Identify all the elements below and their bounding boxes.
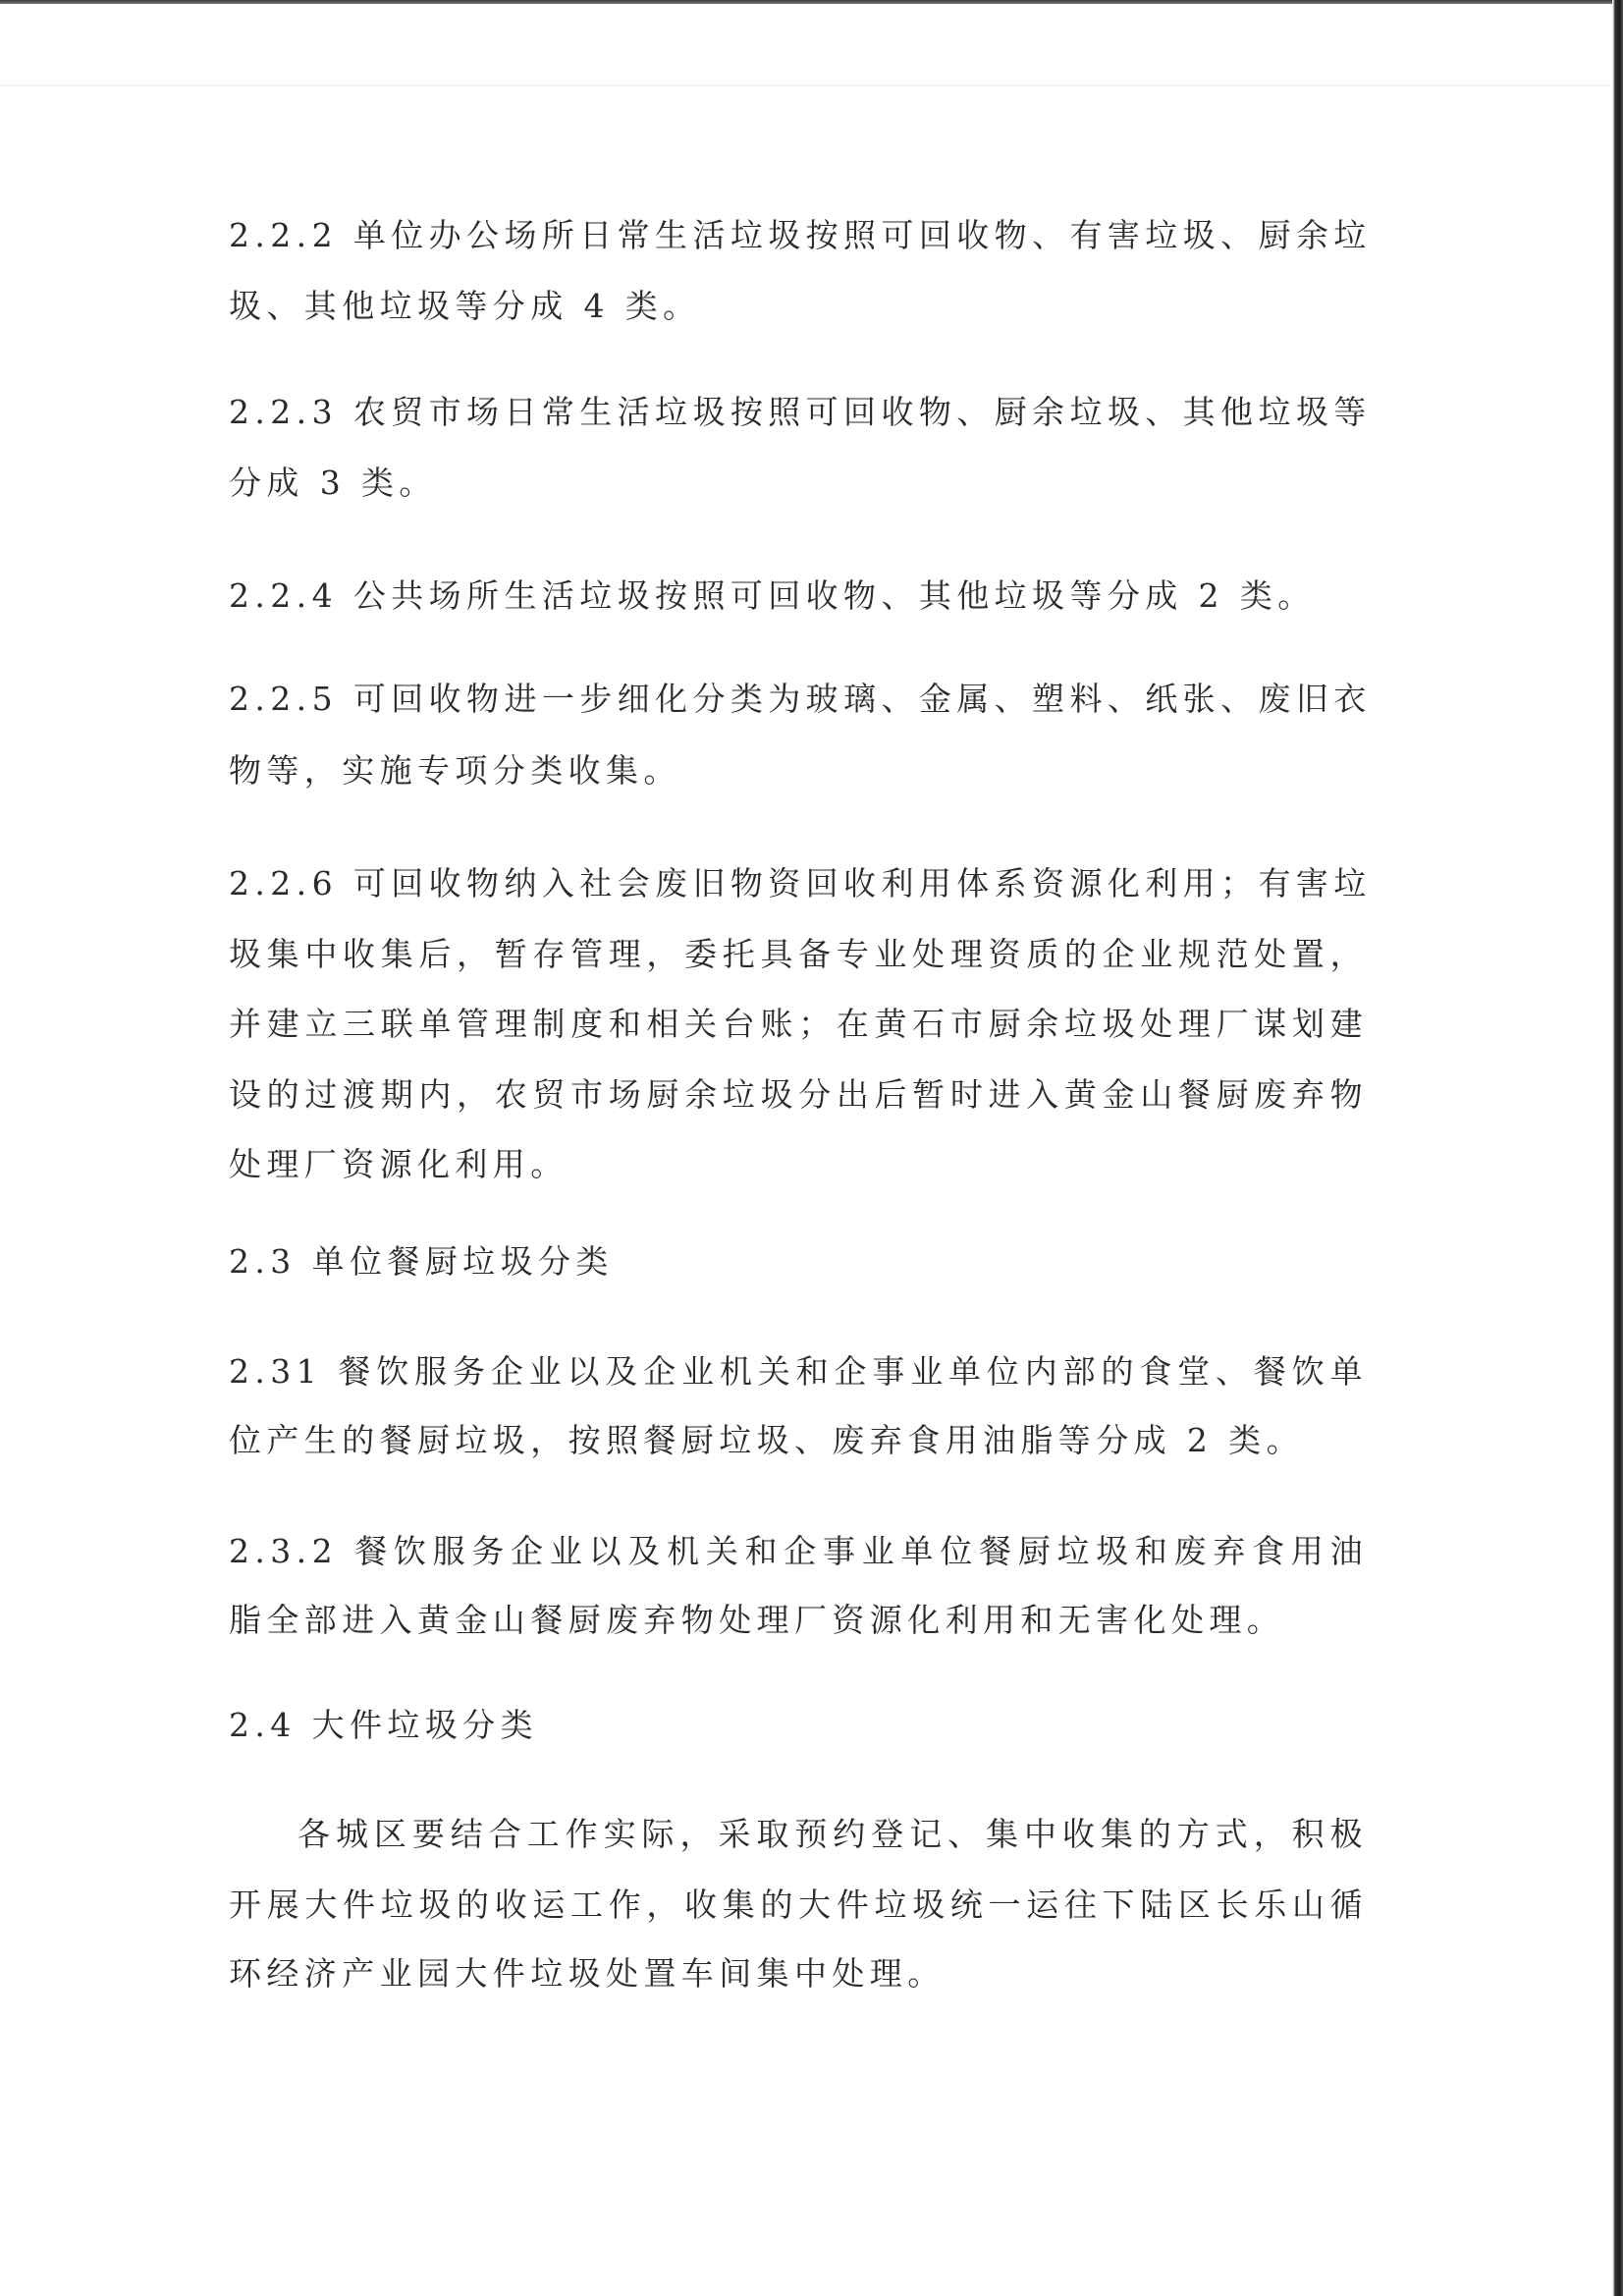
paragraph-line: 处理厂资源化利用。 (229, 1143, 1368, 1186)
paragraph-line: 开展大件垃圾的收运工作，收集的大件垃圾统一运往下陆区长乐山循 (229, 1884, 1368, 1927)
paragraph-line: 2.2.4 公共场所生活垃圾按照可回收物、其他垃圾等分成 2 类。 (229, 574, 1368, 618)
paragraph-line: 脂全部进入黄金山餐厨废弃物处理厂资源化利用和无害化处理。 (229, 1599, 1368, 1642)
paragraph-line: 物等，实施专项分类收集。 (229, 749, 1368, 793)
paragraph-line: 圾、其他垃圾等分成 4 类。 (229, 285, 1368, 328)
paragraph-line: 环经济产业园大件垃圾处置车间集中处理。 (229, 1952, 1368, 1995)
paragraph-line: 2.31 餐饮服务企业以及企业机关和企事业单位内部的食堂、餐饮单 (229, 1350, 1368, 1394)
paragraph-line: 2.2.2 单位办公场所日常生活垃圾按照可回收物、有害垃圾、厨余垃 (229, 214, 1368, 257)
paragraph-line: 分成 3 类。 (229, 462, 1368, 505)
scan-right-edge (1612, 0, 1623, 2296)
section-heading: 2.3 单位餐厨垃圾分类 (229, 1240, 1368, 1284)
paragraph-line: 位产生的餐厨垃圾，按照餐厨垃圾、废弃食用油脂等分成 2 类。 (229, 1419, 1368, 1462)
paragraph-line: 并建立三联单管理制度和相关台账；在黄石市厨余垃圾处理厂谋划建 (229, 1003, 1368, 1046)
paragraph-line: 设的过渡期内，农贸市场厨余垃圾分出后暂时进入黄金山餐厨废弃物 (229, 1073, 1368, 1117)
paragraph-line: 2.2.6 可回收物纳入社会废旧物资回收利用体系资源化利用；有害垃 (229, 862, 1368, 905)
paragraph-line: 2.2.5 可回收物进一步细化分类为玻璃、金属、塑料、纸张、废旧衣 (229, 678, 1368, 721)
paragraph-line: 2.3.2 餐饮服务企业以及机关和企事业单位餐厨垃圾和废弃食用油 (229, 1530, 1368, 1573)
paragraph-line: 各城区要结合工作实际，采取预约登记、集中收集的方式，积极 (298, 1813, 1368, 1856)
paragraph-line: 2.2.3 农贸市场日常生活垃圾按照可回收物、厨余垃圾、其他垃圾等 (229, 391, 1368, 434)
document-page: 2.2.2 单位办公场所日常生活垃圾按照可回收物、有害垃圾、厨余垃 圾、其他垃圾… (0, 0, 1612, 2296)
section-heading: 2.4 大件垃圾分类 (229, 1704, 1368, 1747)
paragraph-line: 圾集中收集后，暂存管理，委托具备专业处理资质的企业规范处置， (229, 933, 1368, 976)
